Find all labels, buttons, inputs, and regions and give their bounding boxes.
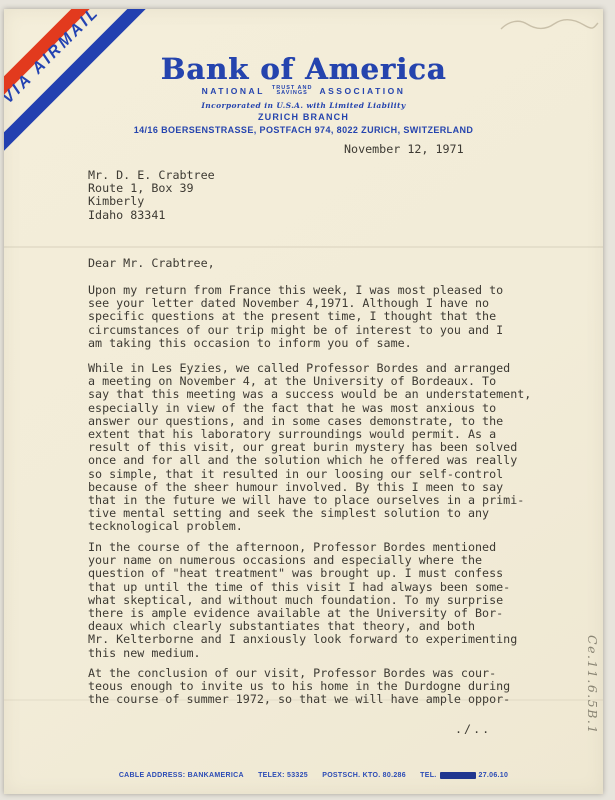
- letter-date: November 12, 1971: [344, 143, 464, 156]
- paper-crease: [4, 699, 603, 701]
- paper-crease: [4, 246, 603, 248]
- continuation-mark: ./..: [455, 723, 491, 736]
- footer-line: CABLE ADDRESS: BANKAMERICA TELEX: 53325 …: [74, 772, 553, 779]
- letter-paragraph-1: Upon my return from France this week, I …: [88, 284, 558, 350]
- letter-page: VIA AIRMAIL Bank of America NATIONAL TRU…: [4, 9, 603, 794]
- association-national: NATIONAL: [202, 86, 265, 96]
- branch-address: 14/16 BOERSENSTRASSE, POSTFACH 974, 8022…: [4, 125, 603, 135]
- letter-paragraph-2: While in Les Eyzies, we called Professor…: [88, 362, 558, 534]
- archive-number-pencil-note: Ce.11.6.5B.1: [585, 635, 600, 794]
- salutation: Dear Mr. Crabtree,: [88, 257, 215, 270]
- incorporated-line: Incorporated in U.S.A. with Limited Liab…: [4, 101, 603, 110]
- footer-tel: TEL.27.06.10: [420, 772, 508, 779]
- pencil-scribble: [499, 11, 601, 41]
- footer-cable: CABLE ADDRESS: BANKAMERICA: [119, 772, 244, 779]
- association-trust-savings: TRUST AND SAVINGS: [272, 86, 313, 96]
- letter-paragraph-3: In the course of the afternoon, Professo…: [88, 541, 558, 660]
- branch-line: ZURICH BRANCH: [4, 112, 603, 122]
- association-association: ASSOCIATION: [319, 86, 405, 96]
- association-line: NATIONAL TRUST AND SAVINGS ASSOCIATION: [4, 86, 603, 96]
- redacted-phone-block: [440, 772, 476, 779]
- footer-telex: TELEX: 53325: [258, 772, 308, 779]
- footer-postsch: POSTSCH. KTO. 80.286: [322, 772, 406, 779]
- recipient-address: Mr. D. E. Crabtree Route 1, Box 39 Kimbe…: [88, 169, 215, 222]
- bank-name: Bank of America: [4, 55, 603, 83]
